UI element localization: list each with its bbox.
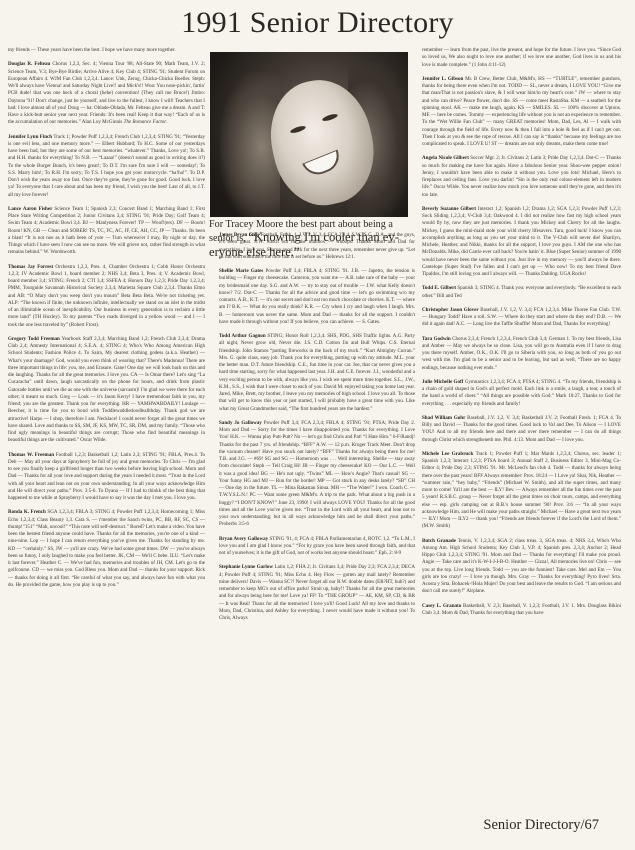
senior-name: Julie Michelle Goff <box>422 379 463 385</box>
directory-entry: Julie Michelle Goff Gymnastics 1,2,3,4; … <box>422 379 621 408</box>
directory-entry: Ronda K. French SGA 1,2,3,4; FBLA 3; STI… <box>8 509 205 589</box>
entry-text: Chorus 1,2,3, Sec. 4; Vienna Tour '88; A… <box>8 61 205 125</box>
entry-text: STING; Honor Roll 1,2,3,4. SHS, PDG, SHS… <box>219 333 415 412</box>
entry-text: Tennis, V. 1,2,3,4; SGA 2; class treas. … <box>422 538 621 595</box>
directory-entry: Beverly Suzanne Gilbert Interact 1,2; Sp… <box>422 206 621 279</box>
senior-name: Todd E. Gilbert <box>422 285 456 291</box>
directory-entry: Thomas Jay Forrest Orchestra 1,2,3, Pres… <box>8 264 205 329</box>
entry-text: Powder Puff 3,4; FCA 2,3,4; FBLA 4; STIN… <box>219 420 415 528</box>
senior-name: Lance Aaron Fisher <box>8 206 52 212</box>
directory-entry: Christopher Jason Glover Baseball, J.V. … <box>422 307 621 329</box>
entry-text: SGA 1,2,3,4; FBLA 3; STING 4; Powder Puf… <box>8 509 205 588</box>
directory-entry: Douglas R. Felteau Chorus 1,2,3, Sec. 4;… <box>8 61 205 126</box>
senior-name: Angela Nicole Gilbert <box>422 155 469 161</box>
senior-name: Jennifer Lynn Finch <box>8 134 52 140</box>
directory-entry: Michele Lee Grabruck Track 1; Powder Puf… <box>422 451 621 531</box>
senior-name: Ronda K. French <box>8 509 46 515</box>
directory-entry: my friends — These years have been the b… <box>8 47 205 54</box>
entry-text: Chorus 2,3,4; French 1,2,3,4, French Clu… <box>422 336 621 371</box>
entry-text: Football 1,2,3; Basketball 1,2; Latin 2,… <box>8 452 205 502</box>
senior-name: Michele Lee Grabruck <box>422 451 473 457</box>
entry-text: Soccer Mgr. 2; Jr. Civitans 2; Latin 3; … <box>422 155 621 197</box>
entry-text: Track 1; Powder Puff 1,2,3,4; French Clu… <box>8 134 205 198</box>
entry-text: remember — learn from the past, live the… <box>422 47 621 68</box>
senior-name: Jennifer L. Gibson <box>422 76 463 82</box>
senior-name: Todd Arthur Gagnon <box>219 333 266 339</box>
entry-text: Science Team 1; Spanish 2,3; Concert Ban… <box>8 206 205 256</box>
directory-entry: Lance Aaron Fisher Science Team 1; Spani… <box>8 206 205 257</box>
directory-entry: Shad William Gohr Baseball, J.V. 1,2, V.… <box>422 415 621 444</box>
senior-name: Sandy Jo Galloway <box>219 420 262 426</box>
directory-entry: Gregory Todd Freeman Yearbook Staff 2,3,… <box>8 336 205 445</box>
directory-entry: Angela Nicole Gilbert Soccer Mgr. 2; Jr.… <box>422 155 621 199</box>
page-footer: Senior Directory/67 <box>483 817 599 834</box>
directory-entry: Jennifer Lynn Finch Track 1; Powder Puff… <box>8 134 205 199</box>
directory-entry: Todd Arthur Gagnon STING; Honor Roll 1,2… <box>219 333 415 413</box>
directory-entry: James Bryan Gass Football, Fresh. 1, J.V… <box>219 232 415 261</box>
senior-name: Gregory Todd Freeman <box>8 336 60 342</box>
senior-name: Beverly Suzanne Gilbert <box>422 206 476 212</box>
column-1: my friends — These years have been the b… <box>8 47 205 596</box>
senior-name: Tara Godwin <box>422 336 451 342</box>
entry-text: Interact 1,2; Spanish 1,2; Drama 1,2; SG… <box>422 206 621 277</box>
column-3: remember — learn from the past, live the… <box>422 47 621 624</box>
entry-tail: . <box>166 119 167 125</box>
senior-name: James Bryan Gass <box>219 232 259 238</box>
directory-entry: Thomas W. Freeman Football 1,2,3; Basket… <box>8 452 205 503</box>
entry-text: Mr. B Crew, Better Club, M&M's, HS — “TU… <box>422 76 621 147</box>
directory-entry: Sandy Jo Galloway Powder Puff 3,4; FCA 2… <box>219 420 415 529</box>
directory-entry: Bryan Avery Galloway STING '91, 4; FCA 4… <box>219 536 415 558</box>
entry-text: Orchestra 1,2,3, Pres. 4, Chamber Orches… <box>8 264 205 328</box>
entry-text: Powder Puff 3,4; FBLA 4; STING '91. J.B.… <box>219 268 415 325</box>
directory-entry: Casey L. Granato Basketball, V. 2,3; Bas… <box>422 603 621 618</box>
senior-name: Douglas R. Felteau <box>8 61 50 67</box>
senior-name: Stephanie Lynne Garlow <box>219 564 273 570</box>
directory-entry: Jennifer L. Gibson Mr. B Crew, Better Cl… <box>422 76 621 149</box>
book-title: The Romance Factor <box>124 119 167 125</box>
entry-text: my friends — These years have been the b… <box>8 47 176 53</box>
directory-entry: Butch Granade Tennis, V. 1,2,3,4; SGA 2;… <box>422 538 621 596</box>
senior-name: Thomas Jay Forrest <box>8 264 53 270</box>
senior-name: Butch Granade <box>422 538 456 544</box>
directory-entry: remember — learn from the past, live the… <box>422 47 621 69</box>
senior-name: Shellie Marie Gates <box>219 268 263 274</box>
page-title: 1991 Senior Directory <box>0 6 635 40</box>
directory-entry: Shellie Marie Gates Powder Puff 3,4; FBL… <box>219 268 415 326</box>
senior-name: Shad William Gohr <box>422 415 465 421</box>
yearbook-page: 1991 Senior Directory my friends — These… <box>0 0 635 850</box>
column-2: James Bryan Gass Football, Fresh. 1, J.V… <box>219 232 415 629</box>
entry-text: Track 1; Powder Puff 1; Mat Maids 1,2,3,… <box>422 451 621 530</box>
entry-text: Latin 1,2; FHA 2; Jr. Civitans 3,4; Prid… <box>219 564 415 621</box>
directory-entry: Stephanie Lynne Garlow Latin 1,2; FHA 2;… <box>219 564 415 622</box>
senior-photo <box>210 52 408 217</box>
directory-entry: Tara Godwin Chorus 2,3,4; French 1,2,3,4… <box>422 336 621 372</box>
senior-name: Casey L. Granato <box>422 603 461 609</box>
senior-name: Christopher Jason Glover <box>422 307 479 313</box>
senior-name: Thomas W. Freeman <box>8 452 54 458</box>
senior-name: Bryan Avery Galloway <box>219 536 268 542</box>
entry-text: Yearbook Staff 2,3,4; Marching Band 1,2;… <box>8 336 205 444</box>
directory-entry: Todd E. Gilbert Spanish 3; STING 4. Than… <box>422 285 621 300</box>
